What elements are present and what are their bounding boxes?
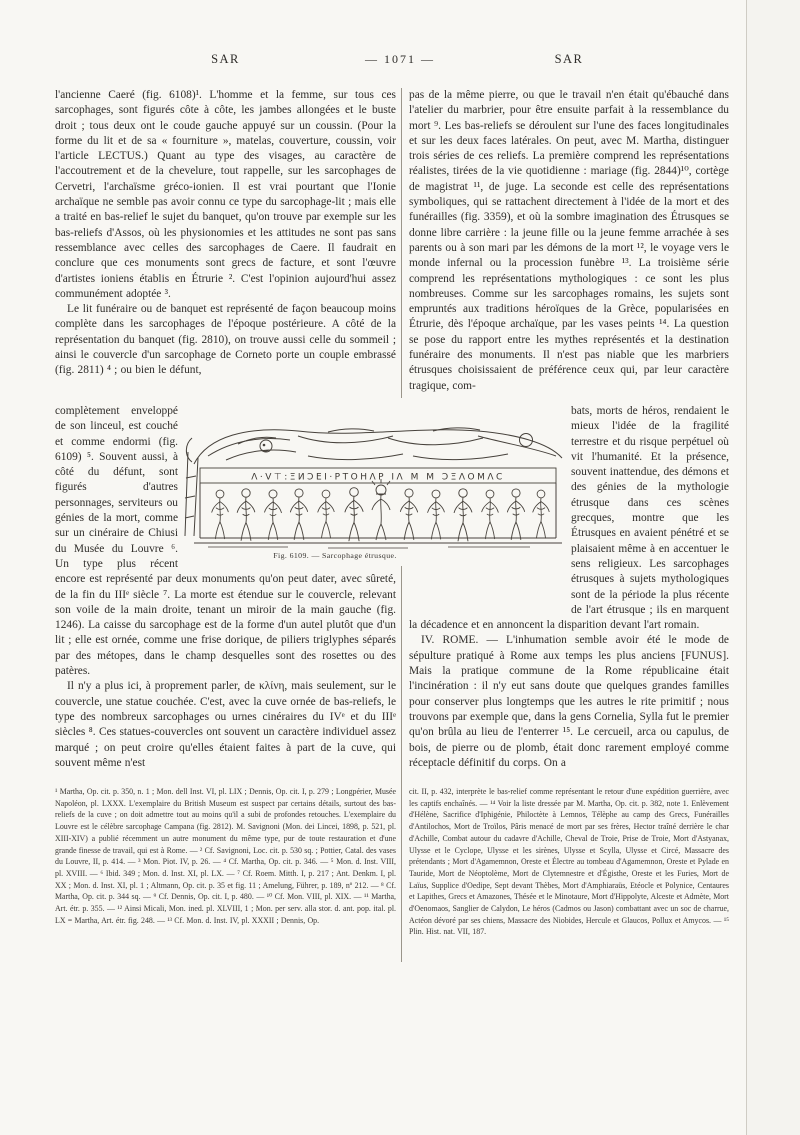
column-rule-upper: [401, 88, 402, 400]
etruscan-inscription: Λ·V⊤:ΞИϽΕΙ·ΡΤΟΗΛΡ ΙΛ Μ Μ ϽΞΛΟΜΛϹ: [251, 473, 505, 483]
body-text: l'ancienne Caeré (fig. 6108)¹. L'homme e…: [55, 88, 396, 302]
body-text: IV. ROME. — L'inhumation semble avoir ét…: [409, 633, 729, 771]
body-text: Il n'y a plus ici, à proprement parler, …: [55, 679, 396, 771]
header-keyword-right: SAR: [409, 52, 729, 67]
footnotes-right: cit. II, p. 432, interprète le bas-relie…: [409, 786, 729, 938]
footnotes-left: ¹ Martha, Op. cit. p. 350, n. 1 ; Mon. d…: [55, 786, 396, 926]
page-margin-shading: [747, 0, 800, 1135]
page-edge-line: [746, 0, 747, 1135]
right-column-upper: pas de la même pierre, ou que le travail…: [409, 88, 729, 394]
scanned-document-page: SAR — 1071 — SAR l'ancienne Caeré (fig. …: [0, 0, 800, 1135]
column-rule-lower: [401, 566, 402, 962]
figure-etching: Λ·V⊤:ΞИϽΕΙ·ΡΤΟΗΛΡ ΙΛ Μ Μ ϽΞΛΟΜΛϹ: [178, 398, 570, 552]
body-text: pas de la même pierre, ou que le travail…: [409, 88, 729, 394]
sarcophagus-etching-svg: Λ·V⊤:ΞИϽΕΙ·ΡΤΟΗΛΡ ΙΛ Μ Μ ϽΞΛΟΜΛϹ: [178, 398, 570, 552]
left-column-upper: l'ancienne Caeré (fig. 6108)¹. L'homme e…: [55, 88, 396, 379]
body-text: Le lit funéraire ou de banquet est repré…: [55, 302, 396, 378]
figure-caption: Fig. 6109. — Sarcophage étrusque.: [155, 551, 515, 560]
